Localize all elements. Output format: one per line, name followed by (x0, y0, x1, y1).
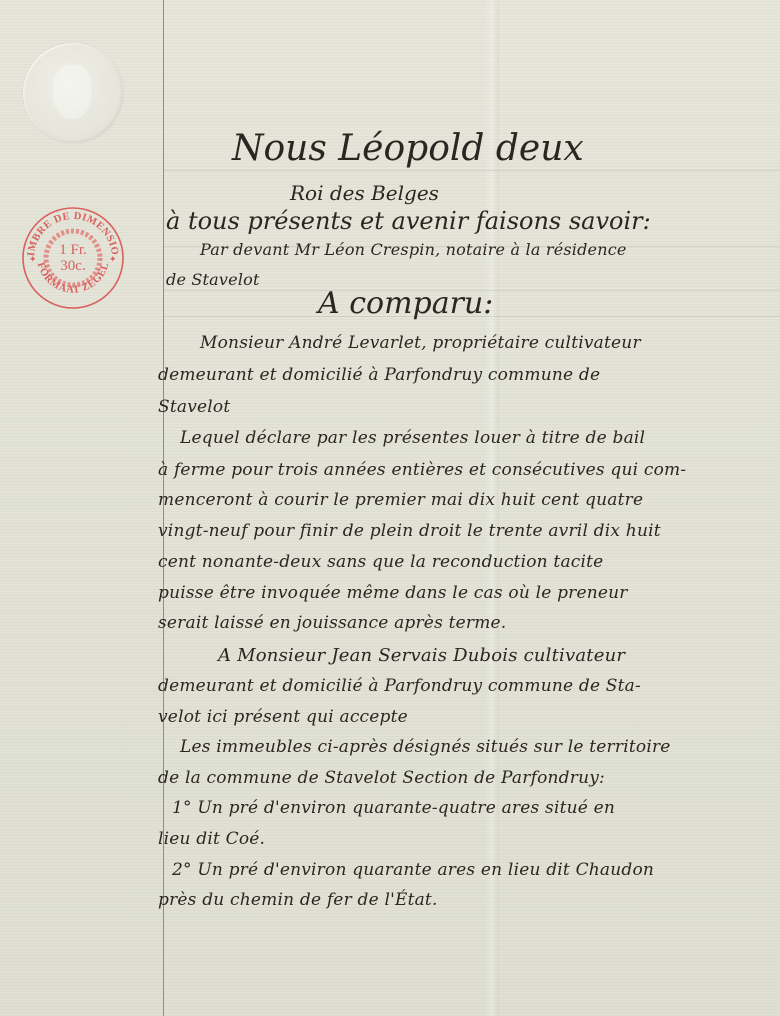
heading-title: Roi des Belges (290, 181, 439, 205)
body-line: lieu dit Coé. (158, 829, 265, 849)
heading-proclamation: à tous présents et avenir faisons savoir… (166, 207, 651, 235)
body-line: puisse être invoquée même dans le cas où… (158, 583, 628, 603)
section-heading-comparu: A comparu: (318, 286, 493, 321)
stamp-value-francs: 1 Fr. (20, 243, 126, 258)
body-line: vingt-neuf pour finir de plein droit le … (158, 521, 661, 541)
body-line: de la commune de Stavelot Section de Par… (158, 768, 605, 788)
body-line: Les immeubles ci-après désignés situés s… (180, 737, 671, 757)
body-line: velot ici présent qui accepte (158, 707, 408, 727)
body-line: cent nonante-deux sans que la reconducti… (158, 552, 603, 572)
body-line: 1° Un pré d'environ quarante-quatre ares… (172, 798, 615, 818)
body-line: de Stavelot (166, 270, 260, 289)
heading-sovereign: Nous Léopold deux (232, 128, 584, 169)
body-line: près du chemin de fer de l'État. (158, 890, 438, 910)
tax-stamp: TIMBRE DE DIMENSION FORMAAT ZEGEL ✦ ✦ 1 … (20, 205, 126, 311)
document-page: TIMBRE DE DIMENSION FORMAAT ZEGEL ✦ ✦ 1 … (0, 0, 780, 1016)
body-line: Par devant Mr Léon Crespin, notaire à la… (200, 240, 627, 259)
body-line: à ferme pour trois années entières et co… (158, 460, 686, 480)
body-line: demeurant et domicilié à Parfondruy comm… (158, 676, 641, 696)
stamp-value-centimes: 30c. (20, 259, 126, 274)
body-line: Lequel déclare par les présentes louer à… (180, 428, 645, 448)
coat-of-arms-icon (53, 65, 93, 120)
body-line: Monsieur André Levarlet, propriétaire cu… (200, 333, 641, 353)
body-line: 2° Un pré d'environ quarante ares en lie… (172, 860, 654, 880)
body-line: serait laissé en jouissance après terme. (158, 613, 506, 633)
body-line: Stavelot (158, 397, 230, 417)
body-line: menceront à courir le premier mai dix hu… (158, 490, 643, 510)
ruled-line (163, 170, 780, 171)
body-line: A Monsieur Jean Servais Dubois cultivate… (218, 645, 625, 666)
embossed-seal-icon (23, 43, 123, 143)
body-line: demeurant et domicilié à Parfondruy comm… (158, 365, 600, 385)
